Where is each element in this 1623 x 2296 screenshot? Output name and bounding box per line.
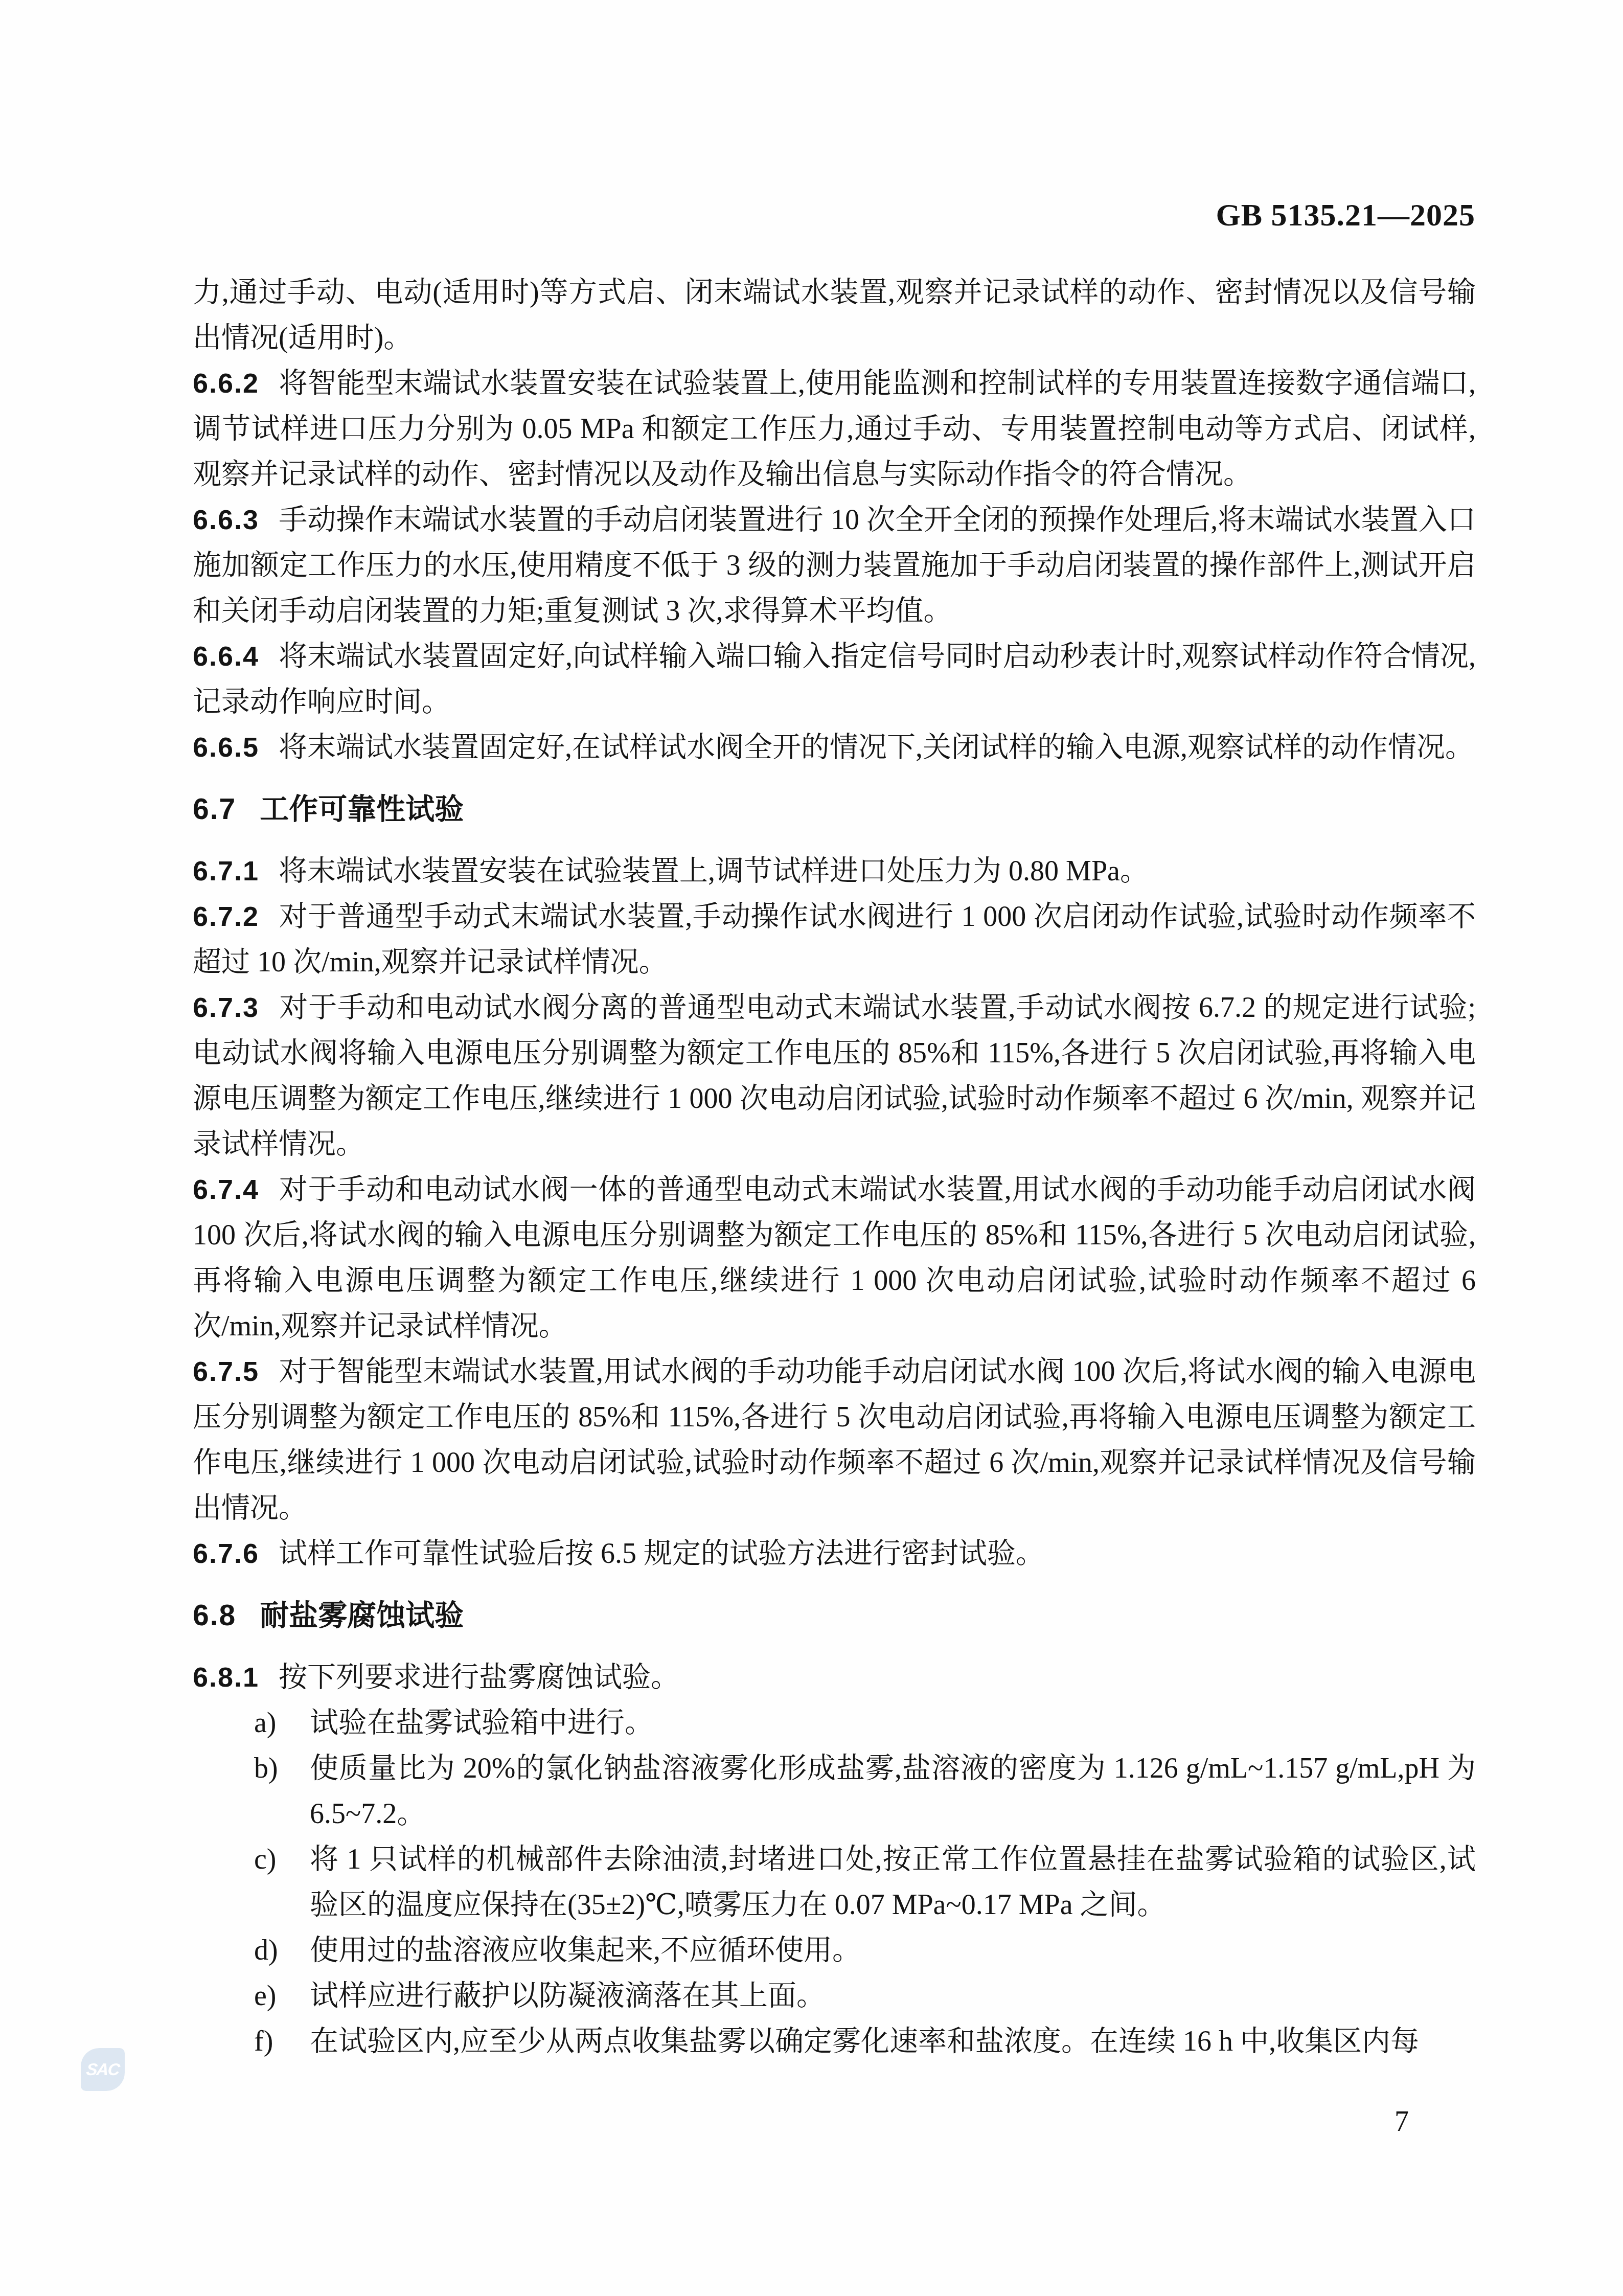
clause-text: 对于普通型手动式末端试水装置,手动操作试水阀进行 1 000 次启闭动作试验,试… bbox=[193, 901, 1476, 978]
list-item-label: c) bbox=[254, 1837, 310, 1928]
clause-text: 对于手动和电动试水阀分离的普通型电动式末端试水装置,手动试水阀按 6.7.2 的… bbox=[193, 992, 1476, 1160]
clause-paragraph: 6.6.2将智能型末端试水装置安装在试验装置上,使用能监测和控制试样的专用装置连… bbox=[193, 361, 1476, 497]
list-item-text: 使质量比为 20%的氯化钠盐溶液雾化形成盐雾,盐溶液的密度为 1.126 g/m… bbox=[310, 1746, 1476, 1837]
list-item-label: a) bbox=[254, 1700, 310, 1746]
clause-number: 6.7.5 bbox=[193, 1356, 259, 1387]
list-item: d)使用过的盐溶液应收集起来,不应循环使用。 bbox=[193, 1928, 1476, 1973]
clause-paragraph: 6.7.5对于智能型末端试水装置,用试水阀的手动功能手动启闭试水阀 100 次后… bbox=[193, 1349, 1476, 1531]
body-paragraph: 力,通过手动、电动(适用时)等方式启、闭末端试水装置,观察并记录试样的动作、密封… bbox=[193, 270, 1476, 361]
list-item: b)使质量比为 20%的氯化钠盐溶液雾化形成盐雾,盐溶液的密度为 1.126 g… bbox=[193, 1746, 1476, 1837]
list-item-text: 试样应进行蔽护以防凝液滴落在其上面。 bbox=[310, 1973, 1476, 2019]
document-body: 力,通过手动、电动(适用时)等方式启、闭末端试水装置,观察并记录试样的动作、密封… bbox=[193, 270, 1476, 2064]
clause-text: 将末端试水装置安装在试验装置上,调节试样进口处压力为 0.80 MPa。 bbox=[279, 855, 1149, 887]
clause-number: 6.7.1 bbox=[193, 856, 259, 886]
clause-text: 将末端试水装置固定好,在试样试水阀全开的情况下,关闭试样的输入电源,观察试样的动… bbox=[279, 732, 1474, 763]
document-page: GB 5135.21—2025 力,通过手动、电动(适用时)等方式启、闭末端试水… bbox=[0, 0, 1623, 2296]
list-item: a)试验在盐雾试验箱中进行。 bbox=[193, 1700, 1476, 1746]
section-heading: 6.7工作可靠性试验 bbox=[193, 787, 1476, 832]
clause-text: 按下列要求进行盐雾腐蚀试验。 bbox=[279, 1662, 679, 1693]
clause-paragraph: 6.6.5将末端试水装置固定好,在试样试水阀全开的情况下,关闭试样的输入电源,观… bbox=[193, 725, 1476, 770]
clause-paragraph: 6.7.4对于手动和电动试水阀一体的普通型电动式末端试水装置,用试水阀的手动功能… bbox=[193, 1167, 1476, 1349]
list-item-text: 在试验区内,应至少从两点收集盐雾以确定雾化速率和盐浓度。在连续 16 h 中,收… bbox=[310, 2019, 1476, 2064]
clause-text: 将智能型末端试水装置安装在试验装置上,使用能监测和控制试样的专用装置连接数字通信… bbox=[193, 368, 1476, 490]
section-number: 6.8 bbox=[193, 1599, 236, 1632]
clause-paragraph: 6.7.6试样工作可靠性试验后按 6.5 规定的试验方法进行密封试验。 bbox=[193, 1531, 1476, 1577]
clause-number: 6.7.4 bbox=[193, 1174, 259, 1205]
sac-logo: SAC bbox=[81, 2048, 125, 2091]
clause-number: 6.6.2 bbox=[193, 368, 259, 399]
clause-number: 6.7.3 bbox=[193, 992, 259, 1023]
section-heading: 6.8耐盐雾腐蚀试验 bbox=[193, 1593, 1476, 1639]
clause-number: 6.7.2 bbox=[193, 901, 259, 932]
clause-text: 试样工作可靠性试验后按 6.5 规定的试验方法进行密封试验。 bbox=[279, 1538, 1044, 1570]
standard-code: GB 5135.21—2025 bbox=[1216, 197, 1475, 234]
clause-number: 6.6.5 bbox=[193, 732, 259, 763]
list-item-text: 试验在盐雾试验箱中进行。 bbox=[310, 1700, 1476, 1746]
list-item-text: 使用过的盐溶液应收集起来,不应循环使用。 bbox=[310, 1928, 1476, 1973]
list-item-label: e) bbox=[254, 1973, 310, 2019]
clause-paragraph: 6.7.2对于普通型手动式末端试水装置,手动操作试水阀进行 1 000 次启闭动… bbox=[193, 894, 1476, 985]
clause-text: 将末端试水装置固定好,向试样输入端口输入指定信号同时启动秒表计时,观察试样动作符… bbox=[193, 641, 1476, 718]
clause-paragraph: 6.6.3手动操作末端试水装置的手动启闭装置进行 10 次全开全闭的预操作处理后… bbox=[193, 497, 1476, 634]
list-item-label: d) bbox=[254, 1928, 310, 1973]
list-item-label: f) bbox=[254, 2019, 310, 2064]
list-item: e)试样应进行蔽护以防凝液滴落在其上面。 bbox=[193, 1973, 1476, 2019]
list-item: c)将 1 只试样的机械部件去除油渍,封堵进口处,按正常工作位置悬挂在盐雾试验箱… bbox=[193, 1837, 1476, 1928]
clause-number: 6.6.4 bbox=[193, 641, 259, 672]
list-item-label: b) bbox=[254, 1746, 310, 1837]
clause-text: 对于智能型末端试水装置,用试水阀的手动功能手动启闭试水阀 100 次后,将试水阀… bbox=[193, 1356, 1476, 1524]
clause-paragraph: 6.7.3对于手动和电动试水阀分离的普通型电动式末端试水装置,手动试水阀按 6.… bbox=[193, 985, 1476, 1167]
clause-text: 对于手动和电动试水阀一体的普通型电动式末端试水装置,用试水阀的手动功能手动启闭试… bbox=[193, 1174, 1476, 1342]
sac-logo-text: SAC bbox=[85, 2060, 120, 2079]
clause-number: 6.6.3 bbox=[193, 505, 259, 535]
list-item-text: 将 1 只试样的机械部件去除油渍,封堵进口处,按正常工作位置悬挂在盐雾试验箱的试… bbox=[310, 1837, 1476, 1928]
clause-number: 6.7.6 bbox=[193, 1538, 259, 1569]
clause-number: 6.8.1 bbox=[193, 1662, 259, 1693]
section-number: 6.7 bbox=[193, 793, 236, 826]
clause-paragraph: 6.8.1按下列要求进行盐雾腐蚀试验。 bbox=[193, 1655, 1476, 1700]
section-title: 工作可靠性试验 bbox=[260, 793, 464, 826]
clause-paragraph: 6.6.4将末端试水装置固定好,向试样输入端口输入指定信号同时启动秒表计时,观察… bbox=[193, 634, 1476, 725]
clause-paragraph: 6.7.1将末端试水装置安装在试验装置上,调节试样进口处压力为 0.80 MPa… bbox=[193, 849, 1476, 894]
page-number: 7 bbox=[1395, 2105, 1409, 2138]
section-title: 耐盐雾腐蚀试验 bbox=[260, 1599, 464, 1632]
list-item: f)在试验区内,应至少从两点收集盐雾以确定雾化速率和盐浓度。在连续 16 h 中… bbox=[193, 2019, 1476, 2064]
clause-text: 手动操作末端试水装置的手动启闭装置进行 10 次全开全闭的预操作处理后,将末端试… bbox=[193, 504, 1476, 627]
